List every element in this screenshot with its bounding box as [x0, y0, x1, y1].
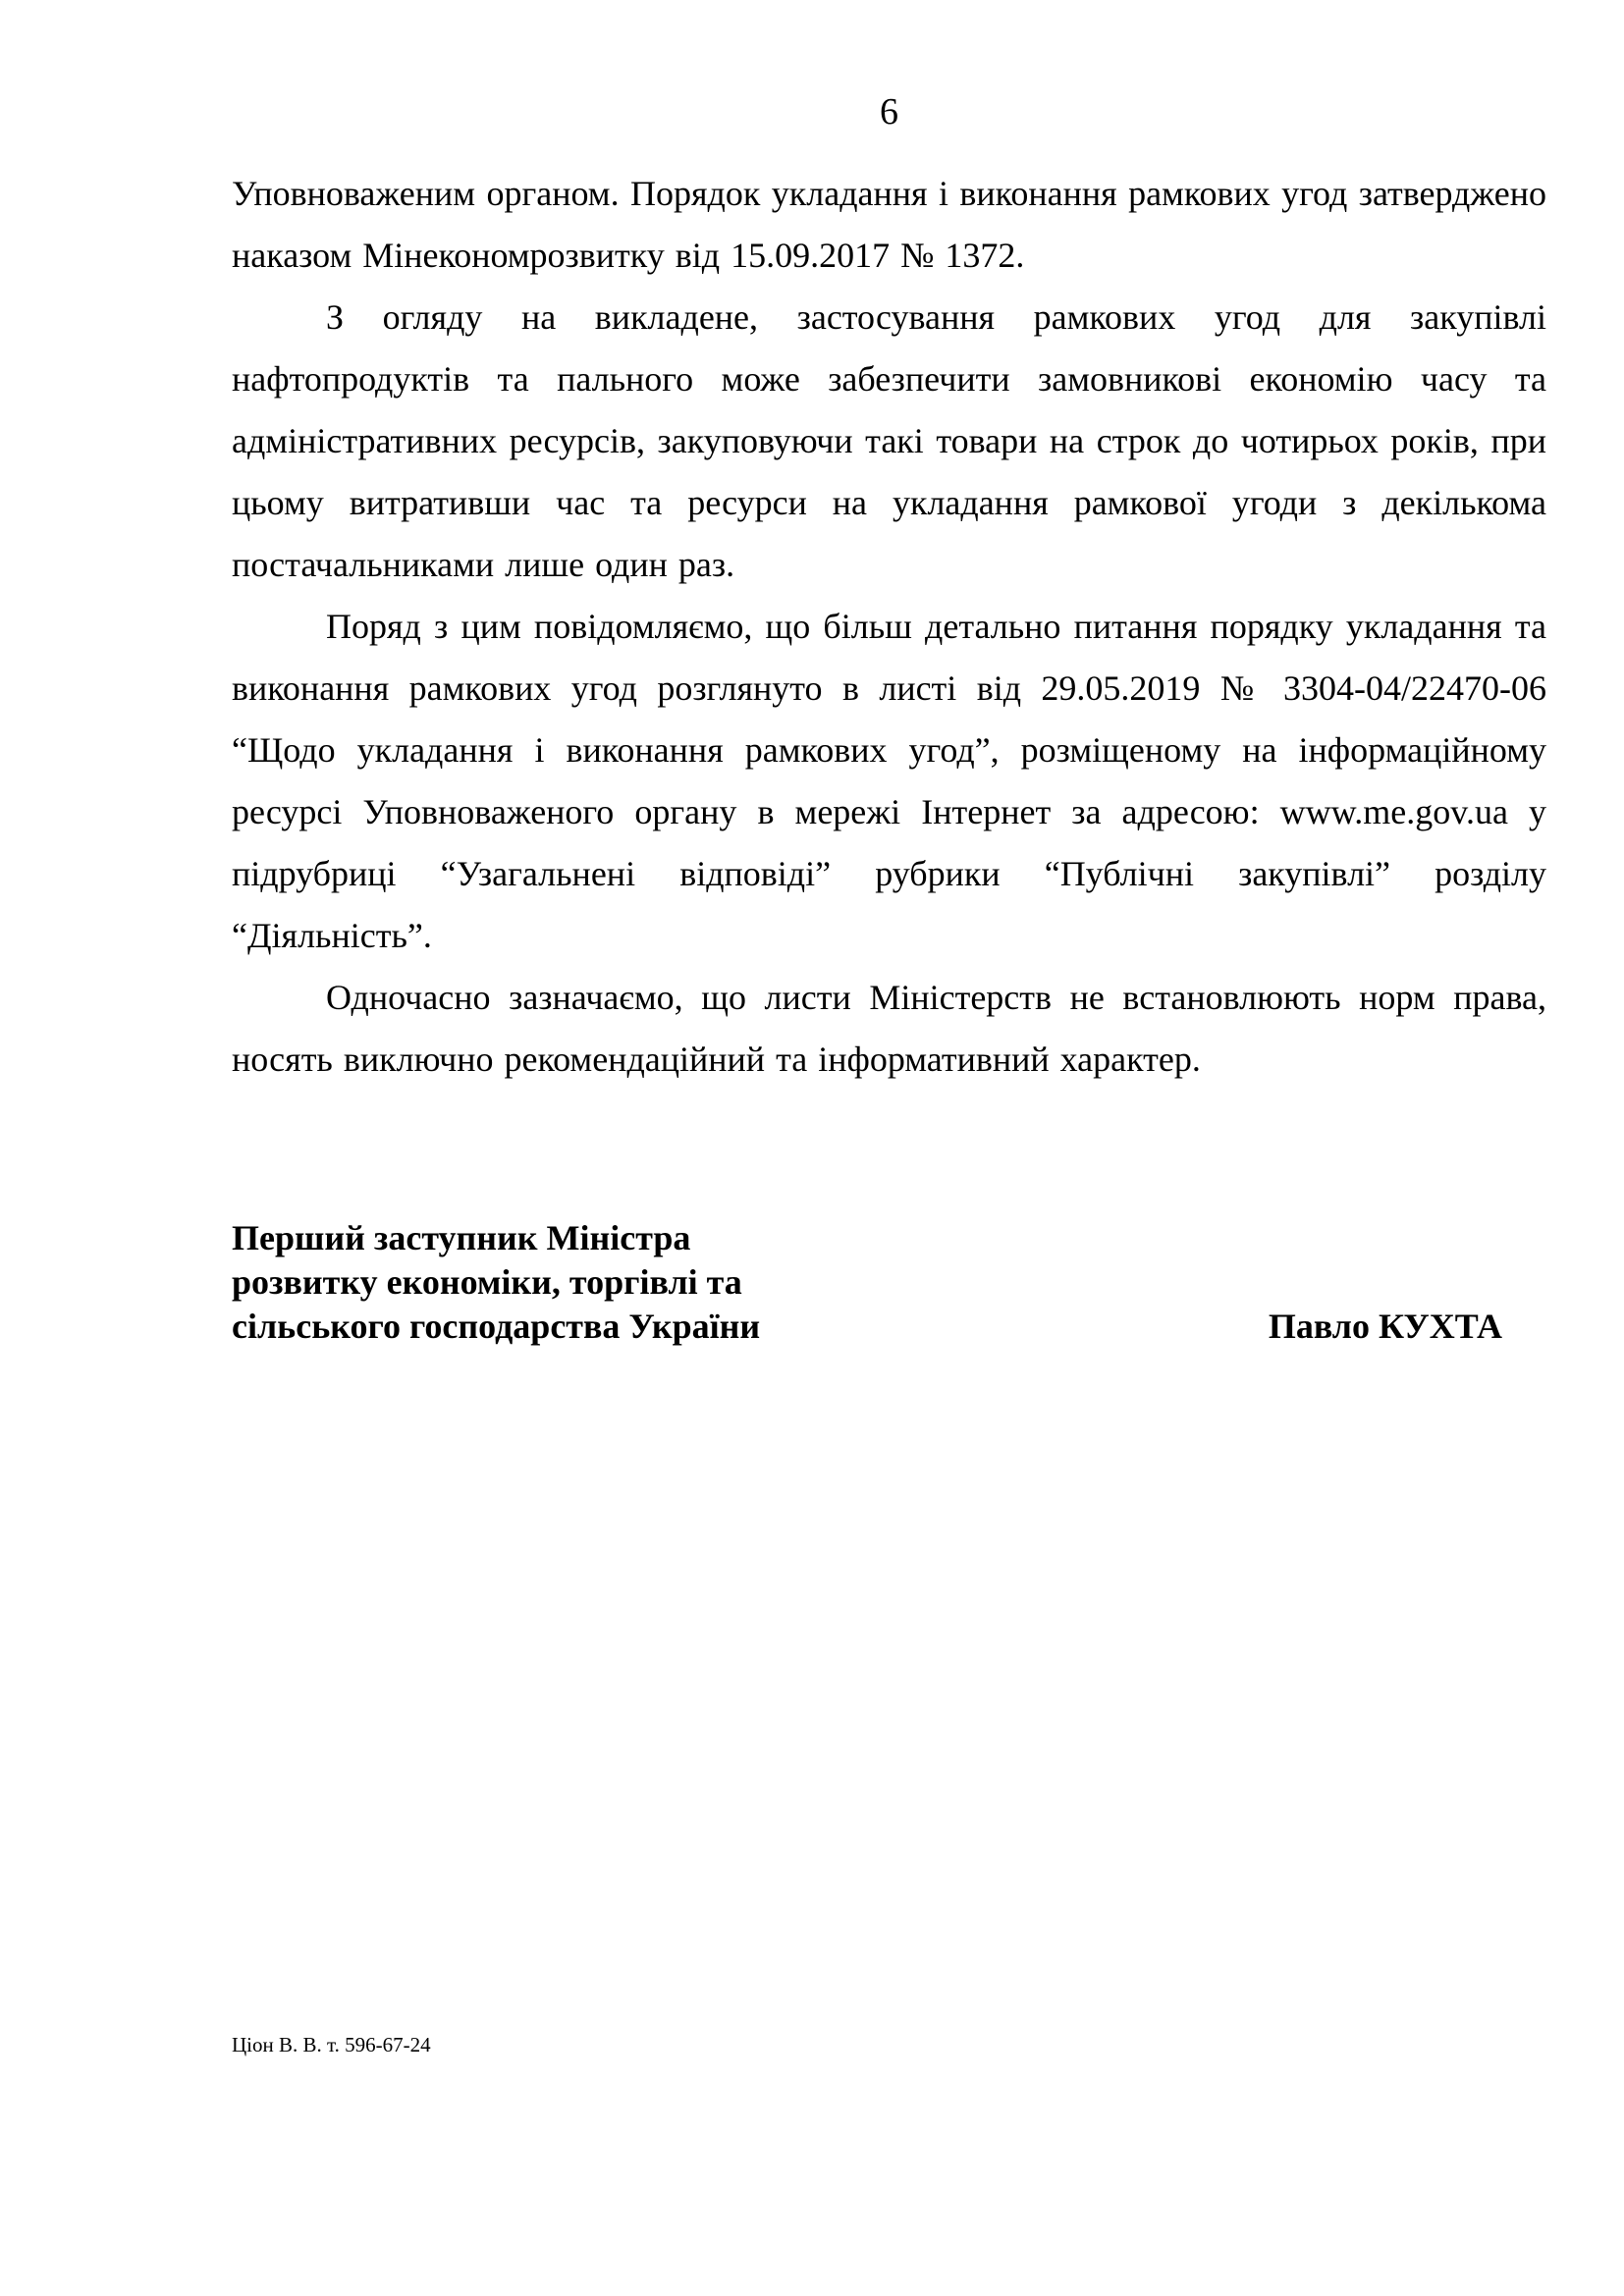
text-line: Одночасно зазначаємо, що листи Міністерс…: [232, 967, 1546, 1029]
text-line: виконання рамкових угод розглянуто в лис…: [232, 658, 1546, 720]
text-line: нафтопродуктів та пального може забезпеч…: [232, 348, 1546, 410]
signatory-name: Павло КУХТА: [1269, 1305, 1502, 1349]
document-body: Уповноваженим органом. Порядок укладання…: [232, 163, 1546, 1091]
text-line: “Діяльність”.: [232, 905, 1546, 967]
text-line: ресурсі Уповноваженого органу в мережі І…: [232, 781, 1546, 843]
text-line: “Щодо укладання і виконання рамкових уго…: [232, 720, 1546, 781]
text-line: носять виключно рекомендаційний та інфор…: [232, 1029, 1546, 1091]
signatory-position-line: Перший заступник Міністра: [232, 1216, 1546, 1260]
text-line: постачальниками лише один раз.: [232, 534, 1546, 596]
text-line: цьому витративши час та ресурси на уклад…: [232, 472, 1546, 534]
page-number: 6: [232, 91, 1546, 133]
text-line: наказом Мінекономрозвитку від 15.09.2017…: [232, 225, 1546, 287]
text-line: підрубриці “Узагальнені відповіді” рубри…: [232, 843, 1546, 905]
text-line: адміністративних ресурсів, закуповуючи т…: [232, 410, 1546, 472]
document-page: 6 Уповноваженим органом. Порядок укладан…: [0, 0, 1624, 2296]
signature-block: Перший заступник Міністрарозвитку економ…: [232, 1216, 1546, 1349]
executor-note: Ціон В. В. т. 596-67-24: [232, 2032, 431, 2057]
text-line: З огляду на викладене, застосування рамк…: [232, 287, 1546, 348]
text-line: Поряд з цим повідомляємо, що більш детал…: [232, 596, 1546, 658]
signatory-position-line: розвитку економіки, торгівлі та: [232, 1260, 1546, 1305]
text-line: Уповноваженим органом. Порядок укладання…: [232, 163, 1546, 225]
